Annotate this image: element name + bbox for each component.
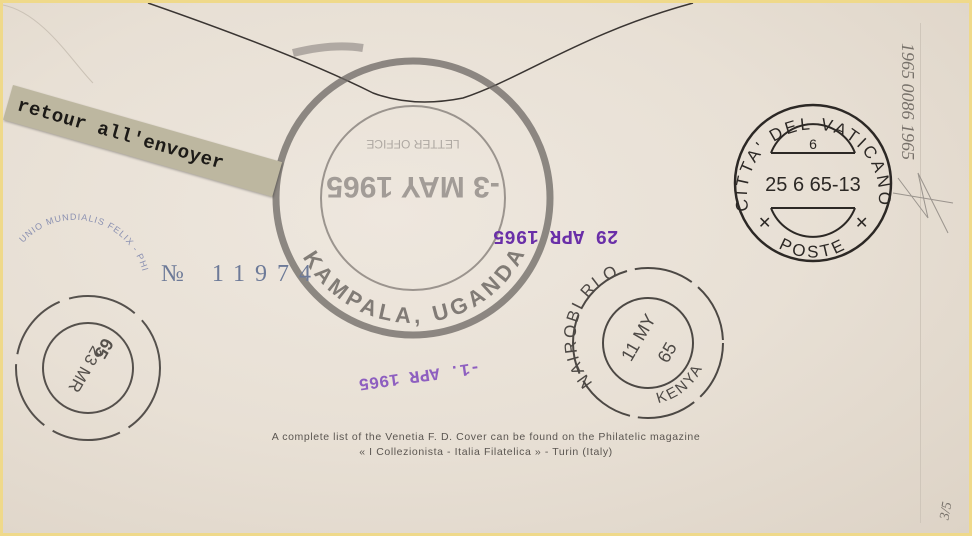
svg-text:-3 MAY 1965: -3 MAY 1965 [326, 170, 499, 203]
svg-text:LETTER OFFICE: LETTER OFFICE [366, 137, 459, 151]
footer-line-2: « I Collezionista - Italia Filatelica » … [3, 446, 969, 458]
vatican-postmark: 6 25 6 65-13 CITTA' DEL VATICANO POSTE ✕… [732, 105, 895, 262]
svg-text:KENYA: KENYA [654, 361, 706, 407]
svg-text:65: 65 [653, 339, 680, 366]
footer-line-1: A complete list of the Venetia F. D. Cov… [3, 431, 969, 443]
svg-text:✕: ✕ [855, 215, 868, 232]
svg-text:✕: ✕ [758, 215, 771, 232]
kampala-large-postmark: -3 MAY 1965 LETTER OFFICE KAMPALA, UGAND… [276, 61, 550, 335]
envelope-back: -3 MAY 1965 LETTER OFFICE KAMPALA, UGAND… [3, 3, 969, 533]
kampala-small-postmark: 23 MR 65 [16, 296, 160, 440]
registration-number: №11974 [161, 261, 321, 288]
pencil-note-top-right: 1965 0086 1965 [897, 43, 918, 223]
nairobi-postmark: 11 MY 65 NAIROBI RLO KENYA [560, 261, 723, 418]
purple-date-stamp-1: 29 APR 1965 [493, 225, 618, 247]
svg-text:KAMPALA, UGANDA: KAMPALA, UGANDA [298, 241, 531, 329]
pencil-note-bottom-right: 3/5 [938, 501, 957, 521]
svg-text:6: 6 [809, 136, 817, 152]
number-value: 11974 [212, 261, 321, 287]
svg-text:25 6 65-13: 25 6 65-13 [765, 174, 861, 196]
number-prefix: № [161, 261, 184, 287]
